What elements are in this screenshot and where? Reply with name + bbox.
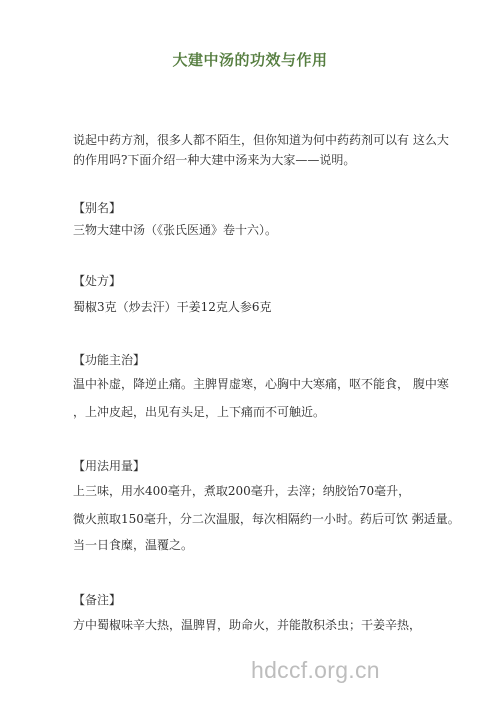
section-line: 上三味，用水400毫升，煮取200毫升，去滓；纳胶饴70毫升， xyxy=(73,479,433,503)
section-line: ，上冲皮起，出见有头足，上下痛而不可触近。 xyxy=(73,400,433,424)
section-heading: 【功能主治】 xyxy=(73,352,145,368)
section-line: 温中补虚，降逆止痛。主脾胃虚寒，心胸中大寒痛，呕不能食， 腹中寒 xyxy=(73,372,433,396)
page-title: 大建中汤的功效与作用 xyxy=(0,49,500,70)
section-heading: 【备注】 xyxy=(73,592,121,608)
section-heading: 【处方】 xyxy=(73,273,121,289)
watermark: hdccf.org.cn xyxy=(251,657,380,684)
section-heading: 【用法用量】 xyxy=(73,458,145,474)
section-line: 蜀椒3克（炒去汗）干姜12克人参6克 xyxy=(73,295,433,319)
section-line: 微火煎取150毫升，分二次温服，每次相隔约一小时。药后可饮 粥适量。 xyxy=(73,507,433,531)
section-line: 当一日食糜，温覆之。 xyxy=(73,533,433,557)
section-line: 三物大建中汤（《张氏医通》卷十六）。 xyxy=(73,218,433,242)
intro-line: 的作用吗?下面介绍一种大建中汤来为大家——说明。 xyxy=(73,148,433,172)
section-line: 方中蜀椒味辛大热，温脾胃，助命火，并能散积杀虫；干姜辛热， xyxy=(73,613,433,637)
section-heading: 【别名】 xyxy=(73,200,121,216)
